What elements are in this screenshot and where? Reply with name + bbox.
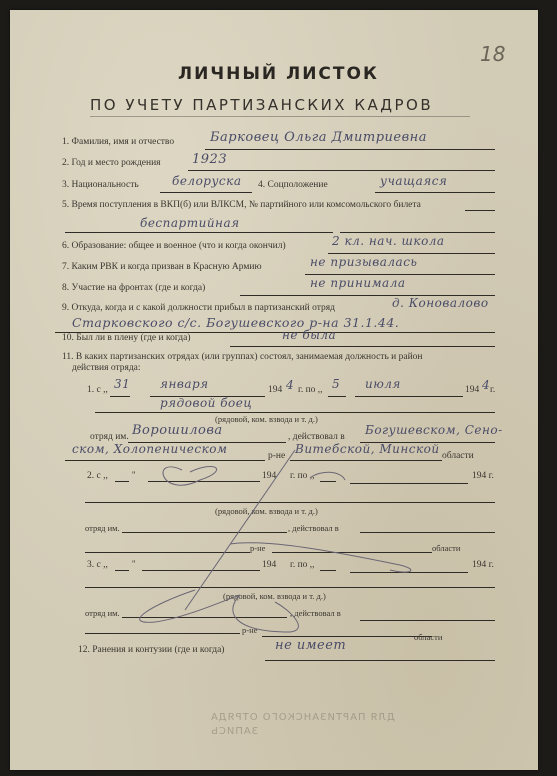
show-through-text-2: ЗАПИСЬ xyxy=(210,726,258,737)
field-12-value: не имеет xyxy=(275,638,346,653)
field-12-label: 12. Ранения и контузии (где и когда) xyxy=(78,645,224,655)
cancellation-strokes xyxy=(10,10,538,770)
show-through-text: ДЛЯ ПАРТИЗАНСКОГО ОТРЯДА xyxy=(210,712,395,723)
document-page: 18 ЛИЧНЫЙ ЛИСТОК ПО УЧЕТУ ПАРТИЗАНСКИХ К… xyxy=(10,10,538,770)
